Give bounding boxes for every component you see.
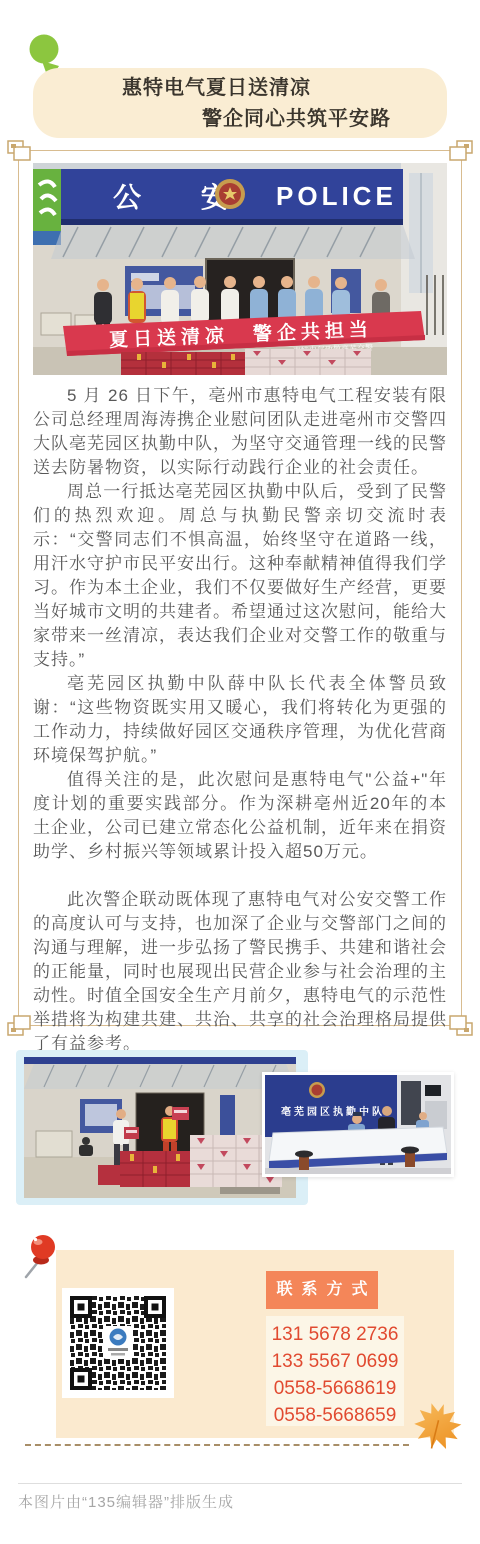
pushpin-icon — [18, 1232, 62, 1280]
paragraph: 此次警企联动既体现了惠特电气对公安交警工作的高度认可与支持，也加深了企业与交警部… — [33, 888, 447, 1056]
paragraph: 值得关注的是，此次慰问是惠特电气"公益+"年度计划的重要实践部分。作为深耕亳州近… — [33, 768, 447, 864]
gift-boxes — [121, 349, 371, 375]
cabinet — [401, 1081, 421, 1125]
phone-number[interactable]: 0558-5668619 — [266, 1375, 404, 1402]
phone-number[interactable]: 133 5567 0699 — [266, 1348, 404, 1375]
page-title-line1: 惠特电气夏日送清凉 — [33, 73, 447, 104]
contact-info-button[interactable]: 联系方式 — [266, 1271, 378, 1309]
dashed-divider — [25, 1444, 409, 1446]
frame-corner-icon — [7, 140, 35, 164]
hero-photo[interactable]: 公 安 POLICE — [33, 163, 447, 375]
paragraph-gap — [33, 864, 447, 888]
canopy — [51, 225, 415, 259]
maple-leaf-icon — [410, 1400, 464, 1450]
paragraph: 亳芜园区执勤中队薛中队长代表全体警员致谢：“这些物资既实用又暖心，我们将转化为更… — [33, 672, 447, 768]
phone-number[interactable]: 0558-5668659 — [266, 1402, 404, 1429]
footer-credit: 本图片由“135编辑器”排版生成 — [18, 1491, 234, 1512]
frame-corner-icon — [445, 140, 473, 164]
frame-corner-icon — [445, 1012, 473, 1036]
qr-code — [62, 1288, 174, 1398]
police-badge-icon — [309, 1082, 325, 1098]
frame-corner-icon — [7, 1012, 35, 1036]
gallery-photo-right[interactable]: 亳芜园区执勤中队 — [265, 1075, 451, 1174]
page-title-line2: 警企同心共筑平安路 — [33, 104, 447, 135]
phone-number-list: 131 5678 2736 133 5567 0699 0558-5668619… — [266, 1316, 404, 1426]
police-badge-icon — [215, 179, 245, 209]
duty-room-caption: 亳芜园区执勤中队 — [281, 1105, 385, 1118]
monitor — [425, 1085, 441, 1096]
paragraph: 周总一行抵达亳芜园区执勤中队后，受到了民警们的热烈欢迎。周总与执勤民警亲切交流时… — [33, 480, 447, 672]
paragraph: 5 月 26 日下午，亳州市惠特电气工程安装有限公司总经理周海涛携企业慰问团队走… — [33, 384, 447, 480]
gallery-photo-right-frame: 亳芜园区执勤中队 — [262, 1072, 454, 1177]
phone-number[interactable]: 131 5678 2736 — [266, 1321, 404, 1348]
police-sign-en: POLICE — [276, 181, 397, 211]
title-banner: 惠特电气夏日送清凉 警企同心共筑平安路 — [33, 68, 447, 138]
article-body: 5 月 26 日下午，亳州市惠特电气工程安装有限公司总经理周海涛携企业慰问团队走… — [33, 384, 447, 1056]
article-page: 惠特电气夏日送清凉 警企同心共筑平安路 公 安 — [0, 0, 480, 1544]
gallery-photo-left[interactable] — [24, 1057, 296, 1198]
qr-center-logo — [103, 1326, 133, 1359]
duty-room-wall — [265, 1075, 397, 1137]
footer-divider — [18, 1483, 462, 1484]
